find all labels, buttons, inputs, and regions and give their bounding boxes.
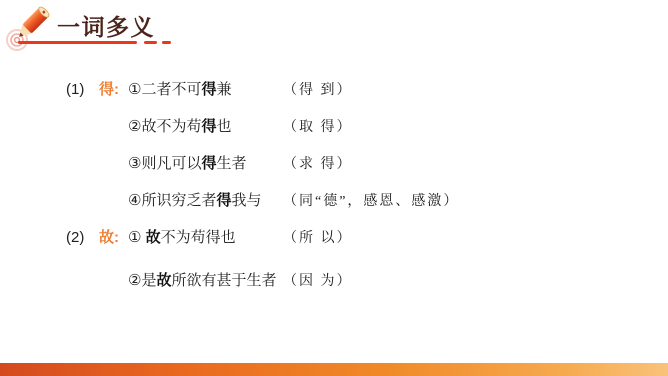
title-underline — [18, 41, 171, 44]
section-gu: (2) 故: ① 故不为苟得也 （所 以） ②是故所欲有甚于生者 （因 为） — [66, 227, 459, 292]
slide: 一词多义 (1) 得: ①二者不可得兼 （得 到） ②故不为苟得也 （取 得） — [0, 0, 668, 376]
phrase: ① 故不为苟得也 — [128, 227, 283, 248]
underline-dash-segment — [162, 41, 171, 44]
meaning: （求 得） — [283, 154, 353, 175]
bottom-accent-bar — [0, 363, 668, 376]
key-char: 得 — [201, 155, 216, 172]
pencil-body — [15, 5, 51, 41]
meaning: （因 为） — [283, 271, 353, 292]
key-char: 得 — [201, 81, 216, 98]
entry-line: (1) 得: ①二者不可得兼 （得 到） — [66, 79, 459, 101]
meaning: （同“德”，感恩、感激） — [283, 191, 459, 212]
key-char: 得 — [216, 192, 231, 209]
section-number: (2) — [66, 227, 99, 248]
meaning: （所 以） — [283, 228, 353, 249]
section-keyword: 得: — [99, 79, 128, 100]
entry-line: (2) 故: ① 故不为苟得也 （所 以） — [66, 227, 459, 249]
meaning: （取 得） — [283, 117, 353, 138]
phrase: ③则凡可以得生者 — [128, 153, 283, 174]
key-char: 故 — [156, 272, 171, 289]
entry-line: ③则凡可以得生者 （求 得） — [66, 153, 459, 175]
entry-line: ②是故所欲有甚于生者 （因 为） — [66, 270, 459, 292]
page-title: 一词多义 — [57, 9, 155, 42]
phrase: ①二者不可得兼 — [128, 79, 283, 100]
pencil-icon-svg — [3, 3, 57, 57]
entry-line: ②故不为苟得也 （取 得） — [66, 116, 459, 138]
section-number: (1) — [66, 79, 99, 100]
meaning: （得 到） — [283, 80, 353, 101]
underline-solid-segment — [18, 41, 137, 44]
phrase: ④所识穷乏者得我与 — [128, 190, 283, 211]
entry-line: ④所识穷乏者得我与 （同“德”，感恩、感激） — [66, 190, 459, 212]
slide-content: (1) 得: ①二者不可得兼 （得 到） ②故不为苟得也 （取 得） ③则凡可以… — [66, 79, 459, 313]
section-de: (1) 得: ①二者不可得兼 （得 到） ②故不为苟得也 （取 得） ③则凡可以… — [66, 79, 459, 212]
phrase: ②是故所欲有甚于生者 — [128, 270, 283, 291]
key-char: 得 — [201, 118, 216, 135]
pencil-icon — [3, 3, 57, 57]
underline-dash-segment — [144, 41, 157, 44]
phrase: ②故不为苟得也 — [128, 116, 283, 137]
key-char: 故 — [146, 229, 161, 246]
section-keyword: 故: — [99, 227, 128, 248]
